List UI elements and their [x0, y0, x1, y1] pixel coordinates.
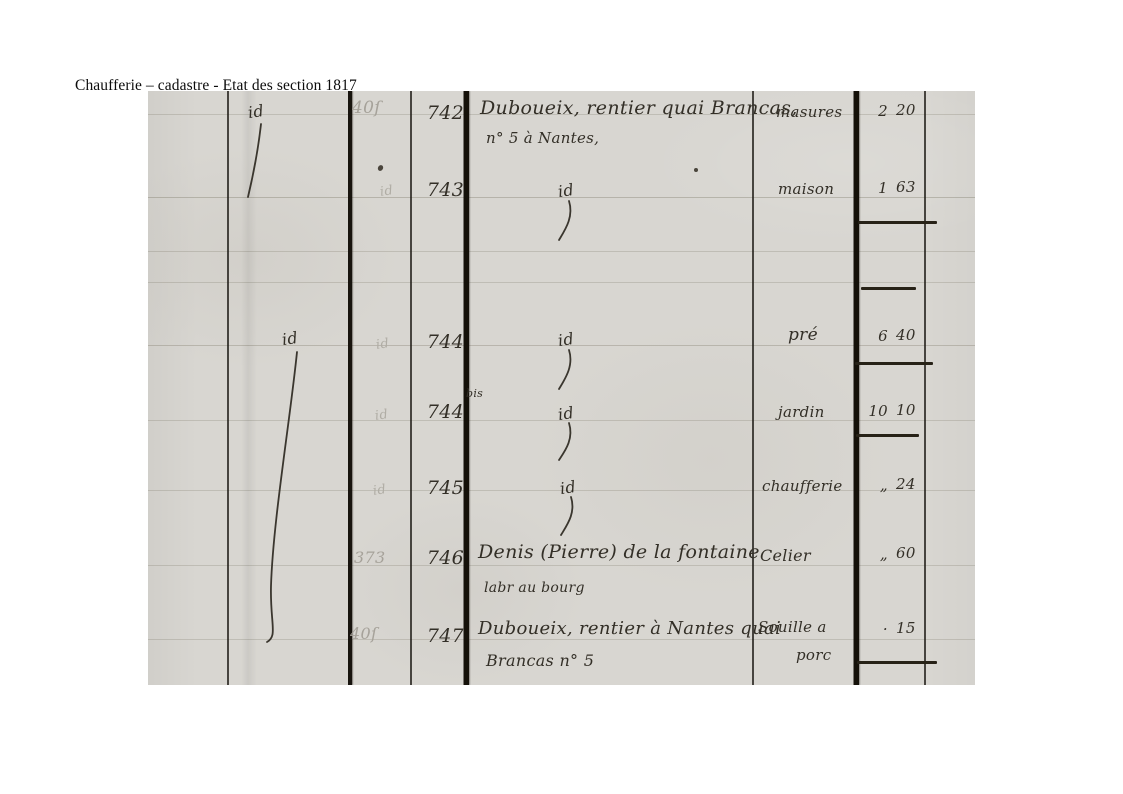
amount-centimes: 63	[896, 180, 916, 195]
sum-line	[858, 221, 937, 224]
ditto-tail-owner-744bis	[559, 423, 570, 460]
ink-speck	[377, 164, 384, 172]
ditto-mark: id	[247, 103, 265, 121]
folio-ref: id	[374, 408, 389, 423]
property-nature-line2: porc	[796, 648, 831, 663]
folio-ref: id	[372, 483, 387, 498]
parcel-number: 743	[412, 181, 464, 200]
ditto-mark-owner: id	[557, 405, 575, 423]
sum-line	[861, 287, 916, 290]
amount-centimes: 24	[896, 477, 916, 492]
document-scan: id 40ſ 742 Duboueix, rentier quai Branca…	[148, 91, 975, 685]
row-guide-line	[148, 282, 975, 283]
row-guide-line	[148, 639, 975, 640]
sum-line	[856, 434, 919, 437]
parcel-number: 745	[412, 479, 464, 498]
parcel-number-suffix: bis	[466, 388, 483, 399]
ditto-mark-owner: id	[559, 479, 577, 497]
owner-name-line1: Duboueix, rentier quai Brancas,	[480, 99, 798, 118]
ditto-tail-owner-745	[561, 497, 572, 535]
folio-ref: 373	[354, 550, 385, 566]
amount-centimes: 60	[896, 546, 916, 561]
amount-centimes: 10	[896, 403, 916, 418]
column-rule	[227, 91, 229, 685]
property-nature: pré	[788, 327, 818, 344]
parcel-number: 744	[412, 333, 464, 352]
ditto-mark-owner: id	[557, 182, 575, 200]
parcel-number: 746	[412, 549, 464, 568]
property-nature: Celier	[760, 548, 811, 564]
ditto-tail-owner-743	[559, 201, 570, 240]
property-nature: chaufferie	[762, 479, 843, 494]
amount-centimes: 15	[896, 621, 916, 636]
column-rule	[348, 91, 352, 685]
owner-name-line1: Denis (Pierre) de la fontaine	[478, 543, 760, 562]
row-guide-line	[148, 565, 975, 566]
owner-name-line1: Duboueix, rentier à Nantes quai	[478, 620, 781, 638]
row-guide-line	[148, 251, 975, 252]
amount-centimes: 20	[896, 103, 916, 118]
owner-name-line2: Brancas n° 5	[486, 653, 594, 669]
property-nature: jardin	[778, 405, 825, 420]
owner-name-line2: labr au bourg	[484, 581, 585, 595]
amount-francs: 10	[840, 404, 888, 419]
page: { "page": { "title": "Chaufferie – cadas…	[0, 0, 1123, 794]
ditto-mark-owner: id	[557, 331, 575, 349]
column-rule	[924, 91, 926, 685]
amount-francs: 1	[840, 181, 888, 196]
parcel-number: 747	[412, 627, 464, 646]
sum-line	[855, 362, 933, 365]
folio-ref: id	[375, 337, 390, 352]
amount-francs: „	[840, 478, 888, 493]
parcel-number: 744	[412, 403, 464, 422]
amount-francs: ·	[840, 622, 888, 637]
parcel-number: 742	[412, 104, 464, 123]
folio-ref: id	[379, 184, 394, 199]
sum-line	[857, 661, 937, 664]
amount-francs: „	[840, 547, 888, 562]
ditto-tail-744-long	[267, 352, 297, 642]
owner-name-line2: n° 5 à Nantes,	[486, 131, 599, 146]
property-nature: masures	[776, 105, 842, 120]
amount-francs: 6	[840, 329, 888, 344]
amount-francs: 2	[840, 104, 888, 119]
ditto-mark: id	[281, 330, 299, 348]
folio-ref: 40ſ	[352, 100, 381, 117]
folio-ref: 40ſ	[350, 626, 377, 642]
amount-centimes: 40	[896, 328, 916, 343]
ink-speck	[694, 168, 698, 172]
property-nature-line1: Souille a	[758, 620, 827, 635]
ditto-tail-owner-744	[559, 350, 570, 389]
paper-fold-shadow	[241, 91, 257, 685]
property-nature: maison	[778, 182, 834, 197]
column-rule	[752, 91, 754, 685]
